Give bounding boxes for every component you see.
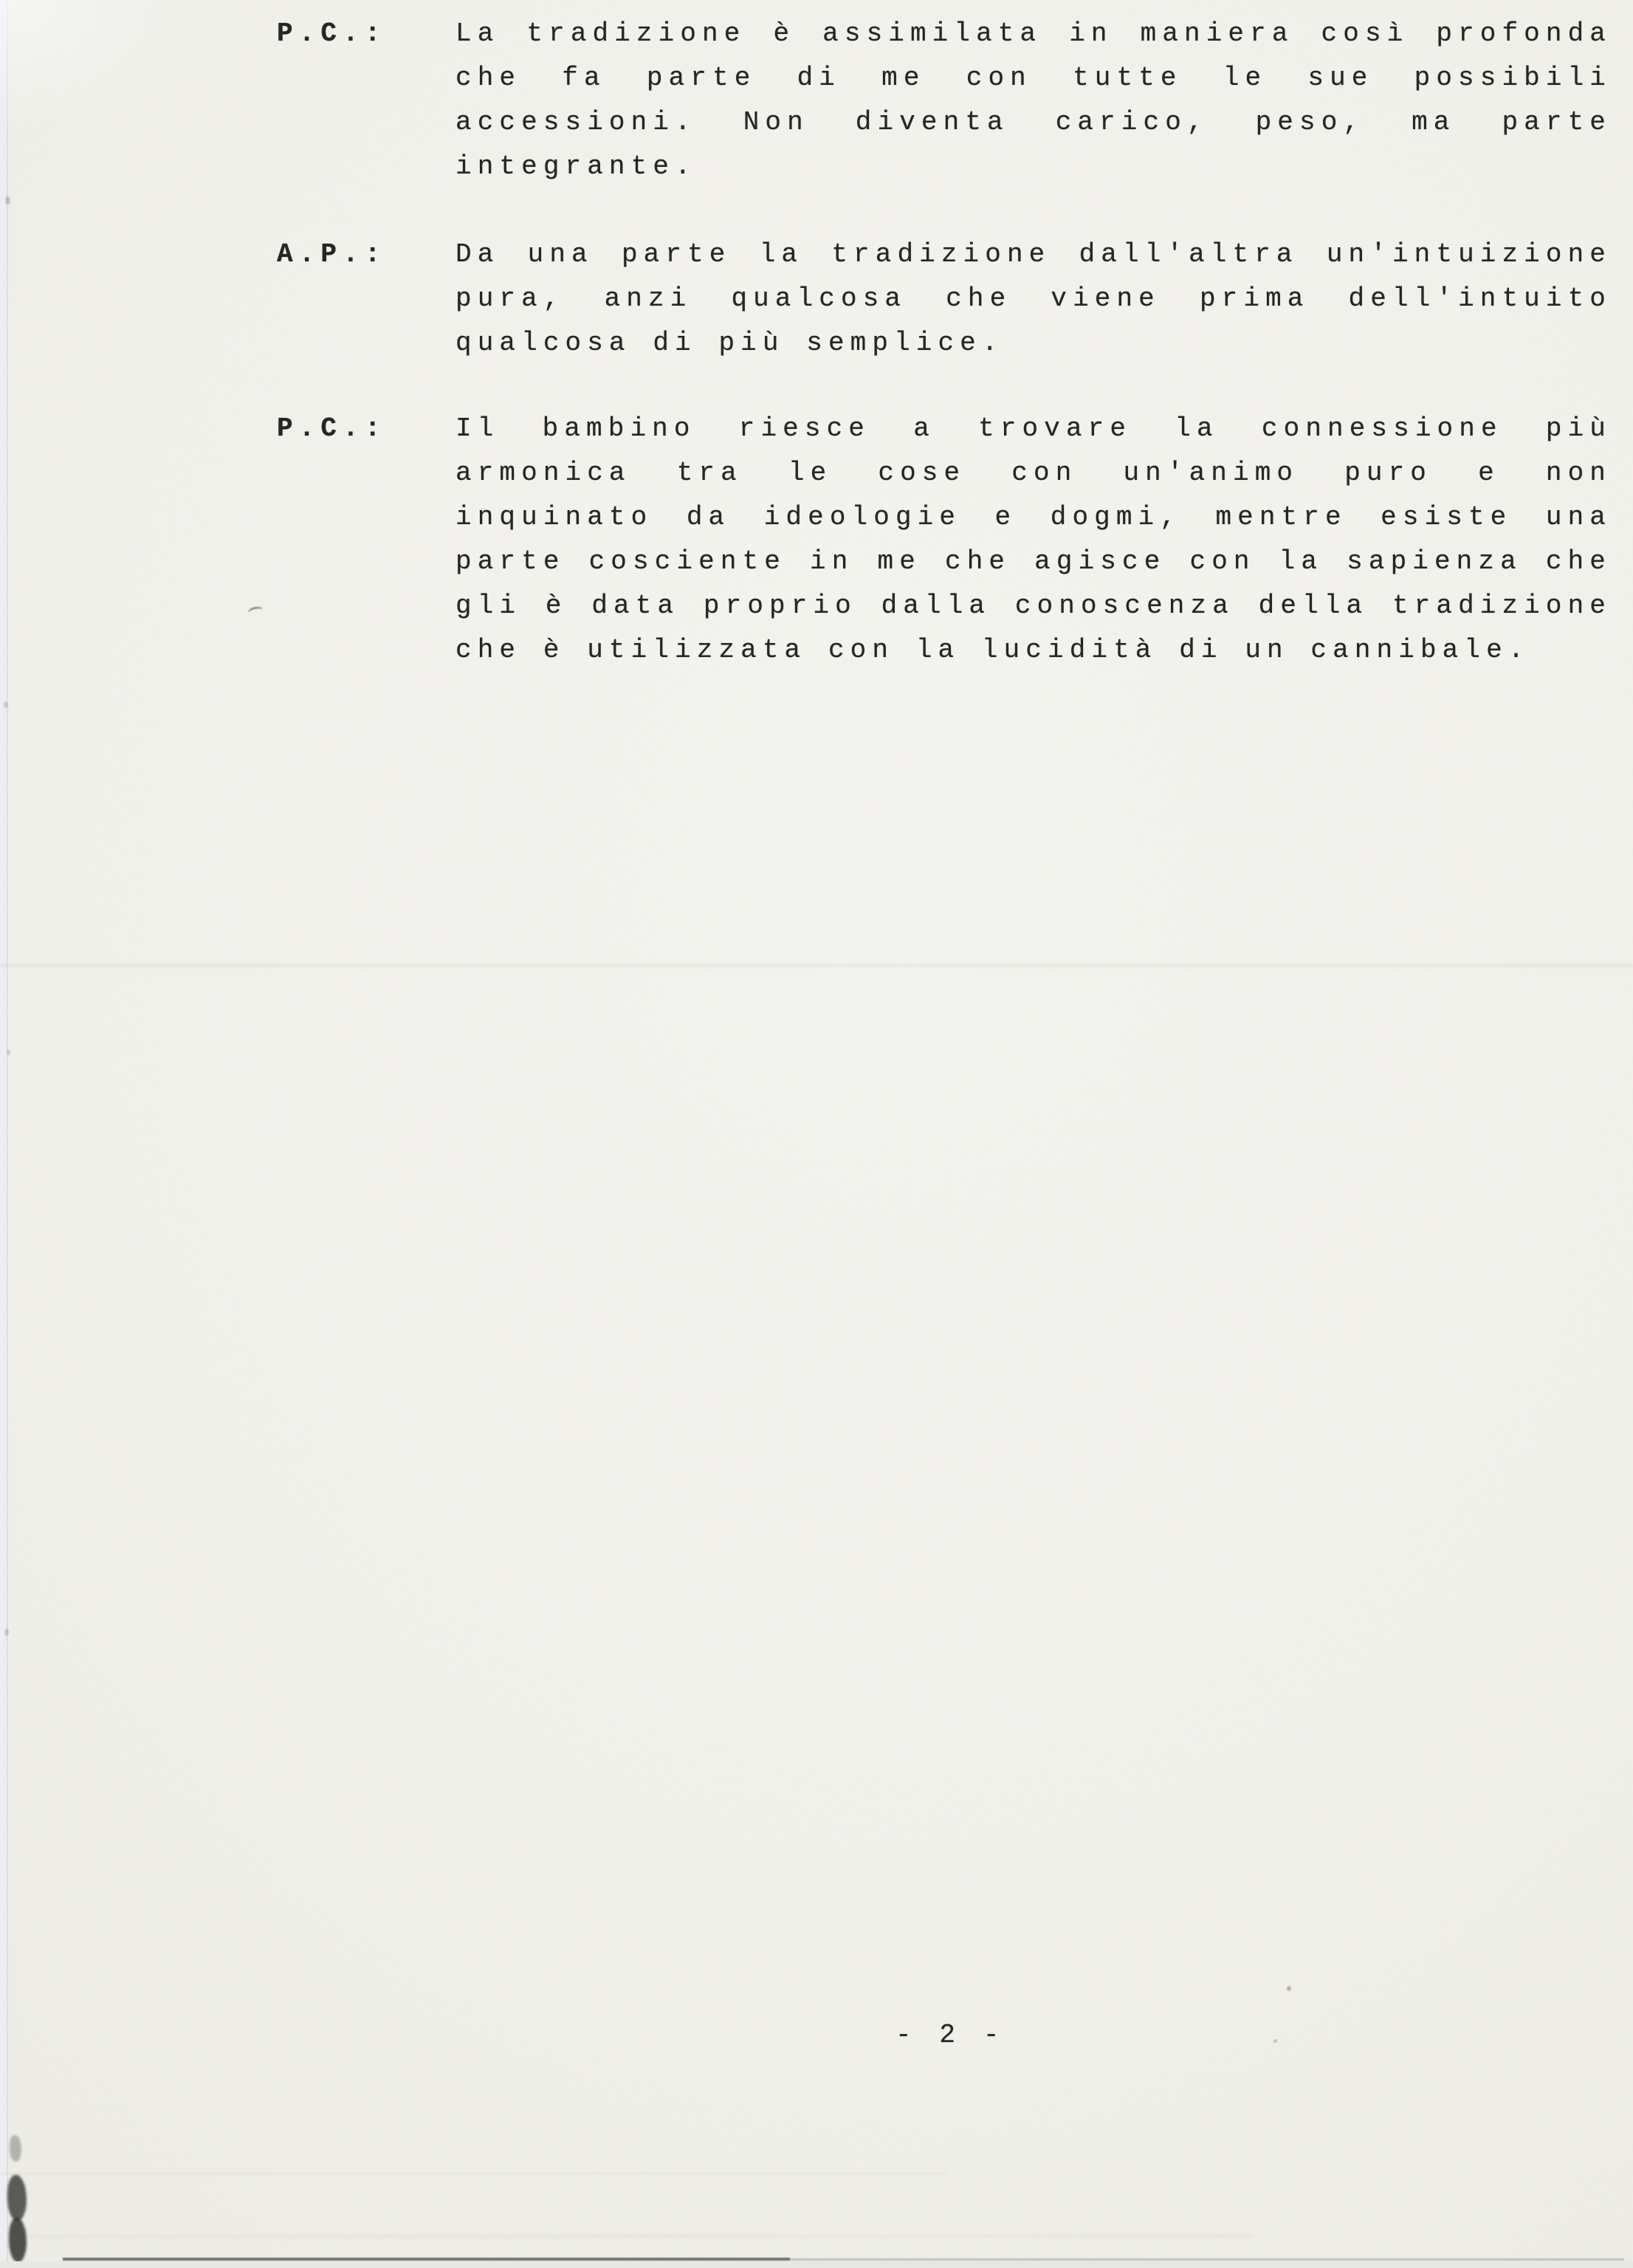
paper-speck <box>4 701 8 708</box>
text-line: armonica tra le cose con un'animo puro e… <box>455 451 1612 495</box>
paper-speck <box>1287 1986 1291 1991</box>
paper-speck <box>7 1050 10 1055</box>
text-line: gli è data proprio dalla conoscenza dell… <box>455 584 1612 628</box>
fold-crease <box>0 963 1633 969</box>
page-number: - 2 - <box>895 2013 1005 2058</box>
paragraph-text: Il bambino riesce a trovare la connessio… <box>455 407 1612 673</box>
paper-bottom-edge-shadow <box>790 2258 1624 2261</box>
interview-paragraph: P.C.: Il bambino riesce a trovare la con… <box>0 407 1633 673</box>
paper-speck <box>5 196 10 205</box>
paper-speck <box>4 1629 9 1636</box>
interview-paragraph: A.P.: Da una parte la tradizione dall'al… <box>0 233 1633 365</box>
scanner-smudge <box>7 2175 27 2221</box>
speaker-label: A.P.: <box>277 233 387 277</box>
paper-bottom-edge-shadow <box>63 2258 790 2261</box>
text-line: La tradizione è assimilata in maniera co… <box>455 12 1612 56</box>
fold-crease <box>30 2234 1254 2240</box>
scanner-smudge <box>9 2218 27 2262</box>
speaker-label: P.C.: <box>277 407 387 451</box>
text-line: che fa parte di me con tutte le sue poss… <box>455 56 1612 100</box>
text-line: parte cosciente in me che agisce con la … <box>455 540 1612 584</box>
text-line: che è utilizzata con la lucidità di un c… <box>455 628 1612 673</box>
text-line: integrante. <box>455 145 1612 189</box>
speaker-label: P.C.: <box>277 12 387 56</box>
scanner-smudge <box>10 2135 21 2162</box>
fold-crease <box>0 2171 947 2177</box>
text-line: qualcosa di più semplice. <box>455 321 1612 365</box>
document-page: P.C.: La tradizione è assimilata in mani… <box>0 0 1633 2268</box>
paper-speck <box>1273 2039 1277 2043</box>
interview-paragraph: P.C.: La tradizione è assimilata in mani… <box>0 12 1633 189</box>
scan-bottom-band <box>0 2261 1633 2268</box>
paragraph-text: La tradizione è assimilata in maniera co… <box>455 12 1612 189</box>
paragraph-text: Da una parte la tradizione dall'altra un… <box>455 233 1612 365</box>
text-line: Il bambino riesce a trovare la connessio… <box>455 407 1612 451</box>
text-line: pura, anzi qualcosa che viene prima dell… <box>455 277 1612 321</box>
text-line: accessioni. Non diventa carico, peso, ma… <box>455 100 1612 145</box>
text-line: inquinato da ideologie e dogmi, mentre e… <box>455 495 1612 540</box>
text-line: Da una parte la tradizione dall'altra un… <box>455 233 1612 277</box>
